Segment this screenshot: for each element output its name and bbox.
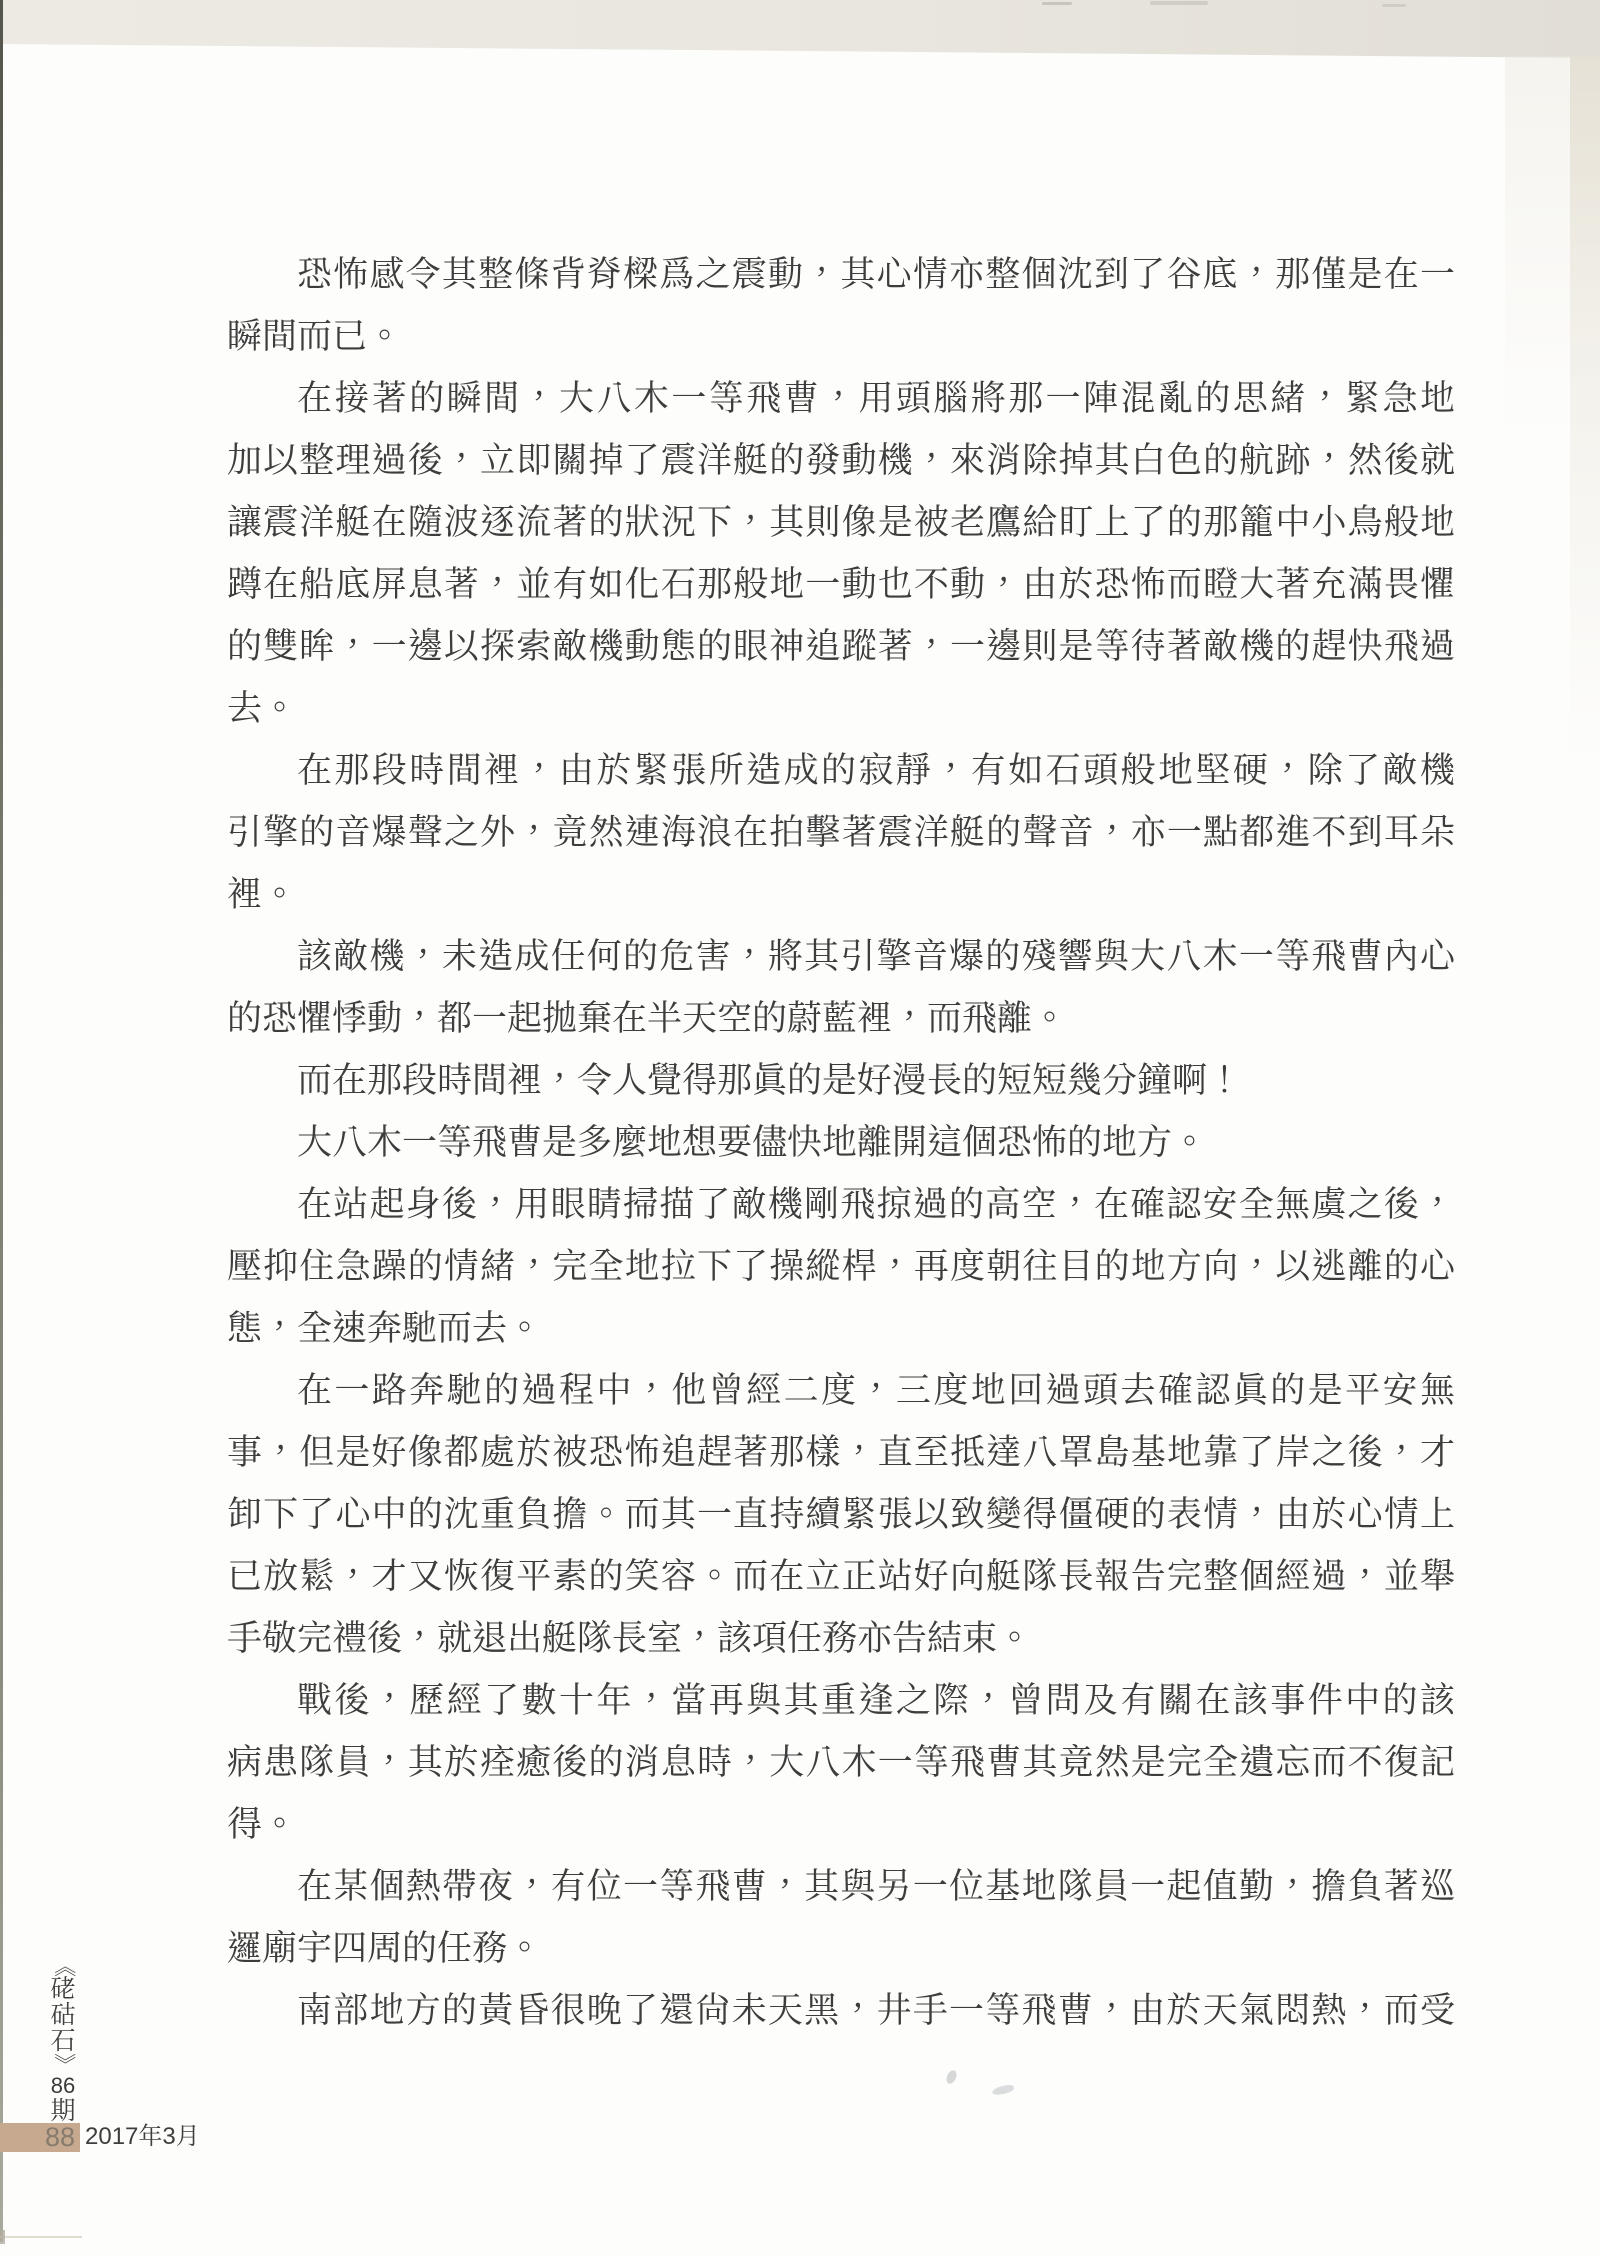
- journal-title-vertical: 《硓𥑮石》86期: [48, 1956, 78, 2124]
- text-line: 南部地方的黃昏很晚了還尙未天黑，井手一等飛曹，由於天氣悶熱，而受: [227, 1980, 1455, 2042]
- text-line: 在接著的瞬間，大八木一等飛曹，用頭腦將那一陣混亂的思緒，緊急地: [227, 368, 1455, 430]
- text-line: 在那段時間裡，由於緊張所造成的寂靜，有如石頭般地堅硬，除了敵機: [227, 740, 1455, 802]
- footer-date: 2017年3月: [85, 2122, 200, 2152]
- scan-speck: [1382, 4, 1406, 7]
- journal-title-char: 》: [53, 2053, 73, 2075]
- journal-title-char: 𥑮: [50, 2002, 75, 2028]
- text-line: 戰後，歷經了數十年，當再與其重逢之際，曾問及有關在該事件中的該: [227, 1670, 1455, 1732]
- page-number-box: 88: [0, 2123, 80, 2152]
- scan-speck: [1042, 2, 1072, 5]
- text-line: 得。: [227, 1794, 1455, 1856]
- journal-title-char: 期: [50, 2098, 75, 2124]
- text-line: 邏廟宇四周的任務。: [227, 1918, 1455, 1980]
- text-line: 恐怖感令其整條背脊樑爲之震動，其心情亦整個沈到了谷底，那僅是在一: [227, 244, 1455, 306]
- journal-title-char: 《: [53, 1955, 73, 1977]
- text-line: 壓抑住急躁的情緒，完全地拉下了操縱桿，再度朝往目的地方向，以逃離的心: [227, 1236, 1455, 1298]
- scan-bottom-hairline: [0, 2236, 82, 2238]
- scan-top-edge-band: [0, 0, 1600, 58]
- text-line: 在站起身後，用眼睛掃描了敵機剛飛掠過的高空，在確認安全無虞之後，: [227, 1174, 1455, 1236]
- text-line: 事，但是好像都處於被恐怖追趕著那樣，直至抵達八罩島基地靠了岸之後，才: [227, 1422, 1455, 1484]
- text-line: 病患隊員，其於痊癒後的消息時，大八木一等飛曹其竟然是完全遺忘而不復記: [227, 1732, 1455, 1794]
- scanned-page: { "article": { "paragraphs": [ { "contin…: [0, 0, 1600, 2256]
- text-line: 的雙眸，一邊以探索敵機動態的眼神追蹤著，一邊則是等待著敵機的趕快飛過: [227, 616, 1455, 678]
- text-line: 而在那段時間裡，令人覺得那眞的是好漫長的短短幾分鐘啊！: [227, 1050, 1455, 1112]
- text-line: 態，全速奔馳而去。: [227, 1298, 1455, 1360]
- text-line: 瞬間而已。: [227, 306, 1455, 368]
- text-line: 蹲在船底屏息著，並有如化石那般地一動也不動，由於恐怖而瞪大著充滿畏懼: [227, 554, 1455, 616]
- scan-right-shading: [1570, 56, 1600, 766]
- article-text: 恐怖感令其整條背脊樑爲之震動，其心情亦整個沈到了谷底，那僅是在一瞬間而已。在接著…: [227, 244, 1455, 2042]
- journal-title-char: 硓: [50, 1976, 75, 2002]
- text-line: 在一路奔馳的過程中，他曾經二度，三度地回過頭去確認眞的是平安無: [227, 1360, 1455, 1422]
- text-line: 的恐懼悸動，都一起拋棄在半天空的蔚藍裡，而飛離。: [227, 988, 1455, 1050]
- text-line: 卸下了心中的沈重負擔。而其一直持續緊張以致變得僵硬的表情，由於心情上: [227, 1484, 1455, 1546]
- text-line: 該敵機，未造成任何的危害，將其引擎音爆的殘響與大八木一等飛曹內心: [227, 926, 1455, 988]
- text-line: 引擎的音爆聲之外，竟然連海浪在拍擊著震洋艇的聲音，亦一點都進不到耳朵: [227, 802, 1455, 864]
- text-line: 在某個熱帶夜，有位一等飛曹，其與另一位基地隊員一起值勤，擔負著巡: [227, 1856, 1455, 1918]
- text-line: 裡。: [227, 864, 1455, 926]
- scan-left-edge-line: [0, 0, 3, 2242]
- scan-bottom-nub: [0, 2230, 5, 2244]
- text-line: 讓震洋艇在隨波逐流著的狀況下，其則像是被老鷹給盯上了的那籠中小鳥般地: [227, 492, 1455, 554]
- text-line: 大八木一等飛曹是多麼地想要儘快地離開這個恐怖的地方。: [227, 1112, 1455, 1174]
- scan-speck: [991, 2084, 1014, 2096]
- text-line: 已放鬆，才又恢復平素的笑容。而在立正站好向艇隊長報告完整個經過，並舉: [227, 1546, 1455, 1608]
- page-number: 88: [45, 2124, 75, 2151]
- journal-title-char: 86: [51, 2074, 75, 2098]
- scan-speck: [1150, 1, 1208, 5]
- text-line: 加以整理過後，立即關掉了震洋艇的發動機，來消除掉其白色的航跡，然後就: [227, 430, 1455, 492]
- journal-title-char: 石: [50, 2028, 75, 2054]
- text-line: 手敬完禮後，就退出艇隊長室，該項任務亦告結束。: [227, 1608, 1455, 1670]
- scan-speck: [944, 2069, 958, 2085]
- text-line: 去。: [227, 678, 1455, 740]
